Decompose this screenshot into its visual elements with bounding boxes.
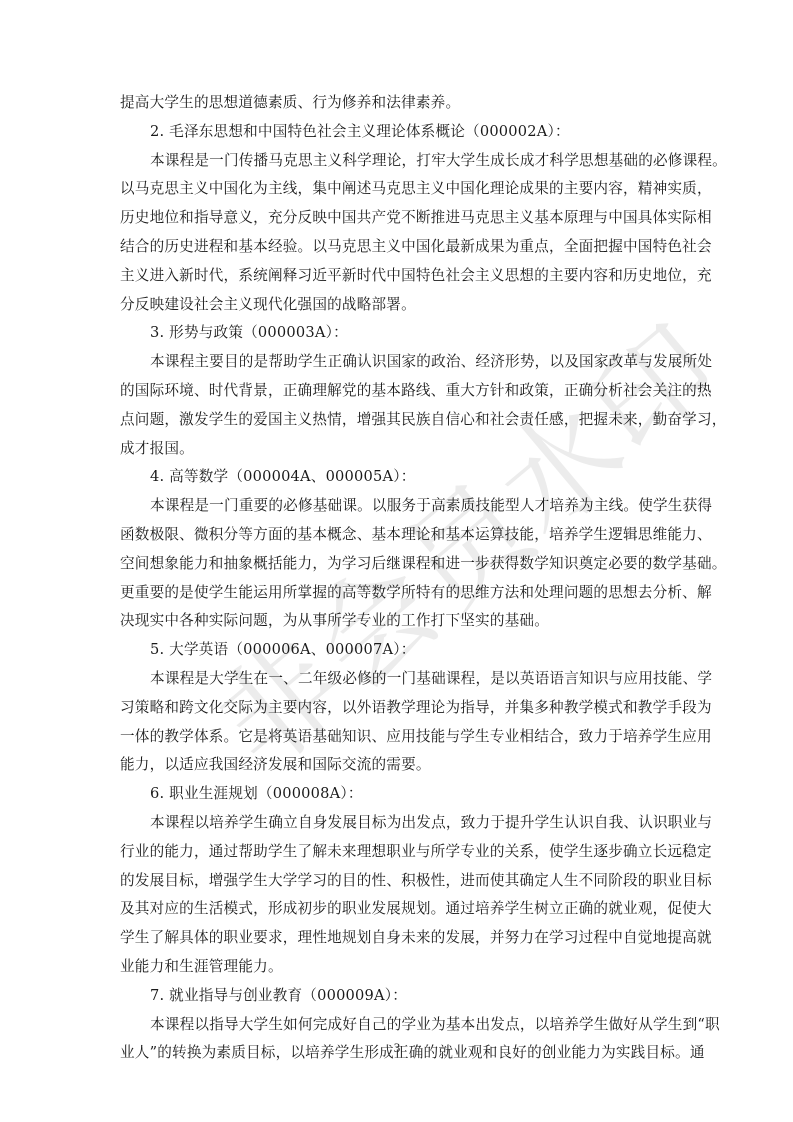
body-text-line: 行业的能力，通过帮助学生了解未来理想职业与所学专业的关系，使学生逐步确立长远稳定 <box>120 838 675 867</box>
body-text-line: 分反映建设社会主义现代化强国的战略部署。 <box>120 291 675 320</box>
page-number: 3 <box>390 1040 404 1056</box>
page-body: 提高大学生的思想道德素质、行为修养和法律素养。2. 毛泽东思想和中国特色社会主义… <box>120 89 675 1068</box>
body-text-line: 提高大学生的思想道德素质、行为修养和法律素养。 <box>120 89 675 118</box>
body-text-line: 成才报国。 <box>120 435 675 464</box>
paragraph-first-line: 本课程是大学生在一、二年级必修的一门基础课程，是以英语语言知识与应用技能、学 <box>120 665 675 694</box>
document-page: 非会员水印 提高大学生的思想道德素质、行为修养和法律素养。2. 毛泽东思想和中国… <box>0 0 793 1122</box>
section-heading: 5. 大学英语（000006A、000007A）： <box>120 636 675 665</box>
body-text-line: 更重要的是使学生能运用所掌握的高等数学所特有的思维方法和处理问题的思想去分析、解 <box>120 579 675 608</box>
section-heading: 6. 职业生涯规划（000008A）： <box>120 780 675 809</box>
body-text-line: 的发展目标，增强学生大学学习的目的性、积极性，进而使其确定人生不同阶段的职业目标 <box>120 867 675 896</box>
body-text-line: 历史地位和指导意义，充分反映中国共产党不断推进马克思主义基本原理与中国具体实际相 <box>120 204 675 233</box>
body-text-line: 决现实中各种实际问题，为从事所学专业的工作打下坚实的基础。 <box>120 607 675 636</box>
body-text-line: 习策略和跨文化交际为主要内容，以外语教学理论为指导，并集多种教学模式和教学手段为 <box>120 694 675 723</box>
body-text-line: 学生了解具体的职业要求，理性地规划自身未来的发展，并努力在学习过程中自觉地提高就 <box>120 924 675 953</box>
paragraph-first-line: 本课程以指导大学生如何完成好自己的学业为基本出发点，以培养学生做好从学生到“职 <box>120 1011 675 1040</box>
body-text-line: 点问题，激发学生的爱国主义热情，增强其民族自信心和社会责任感，把握未来，勤奋学习… <box>120 406 675 435</box>
body-text-line: 业能力和生涯管理能力。 <box>120 953 675 982</box>
paragraph-first-line: 本课程是一门传播马克思主义科学理论，打牢大学生成长成才科学思想基础的必修课程。 <box>120 147 675 176</box>
body-text-line: 函数极限、微积分等方面的基本概念、基本理论和基本运算技能，培养学生逻辑思维能力、 <box>120 521 675 550</box>
body-text-line: 能力，以适应我国经济发展和国际交流的需要。 <box>120 751 675 780</box>
body-text-line: 及其对应的生活模式，形成初步的职业发展规划。通过培养学生树立正确的就业观，促使大 <box>120 895 675 924</box>
paragraph-first-line: 本课程以培养学生确立自身发展目标为出发点，致力于提升学生认识自我、认识职业与 <box>120 809 675 838</box>
body-text-line: 以马克思主义中国化为主线，集中阐述马克思主义中国化理论成果的主要内容，精神实质， <box>120 175 675 204</box>
section-heading: 2. 毛泽东思想和中国特色社会主义理论体系概论（000002A）： <box>120 118 675 147</box>
body-text-line: 一体的教学体系。它是将英语基础知识、应用技能与学生专业相结合，致力于培养学生应用 <box>120 723 675 752</box>
body-text-line: 结合的历史进程和基本经验。以马克思主义中国化最新成果为重点，全面把握中国特色社会 <box>120 233 675 262</box>
section-heading: 4. 高等数学（000004A、000005A）： <box>120 463 675 492</box>
section-heading: 7. 就业指导与创业教育（000009A）： <box>120 982 675 1011</box>
body-text-line: 主义进入新时代，系统阐释习近平新时代中国特色社会主义思想的主要内容和历史地位，充 <box>120 262 675 291</box>
body-text-line: 空间想象能力和抽象概括能力，为学习后继课程和进一步获得数学知识奠定必要的数学基础… <box>120 550 675 579</box>
paragraph-first-line: 本课程是一门重要的必修基础课。以服务于高素质技能型人才培养为主线。使学生获得 <box>120 492 675 521</box>
paragraph-first-line: 本课程主要目的是帮助学生正确认识国家的政治、经济形势，以及国家改革与发展所处 <box>120 348 675 377</box>
section-heading: 3. 形势与政策（000003A）： <box>120 319 675 348</box>
body-text-line: 的国际环境、时代背景，正确理解党的基本路线、重大方针和政策，正确分析社会关注的热 <box>120 377 675 406</box>
